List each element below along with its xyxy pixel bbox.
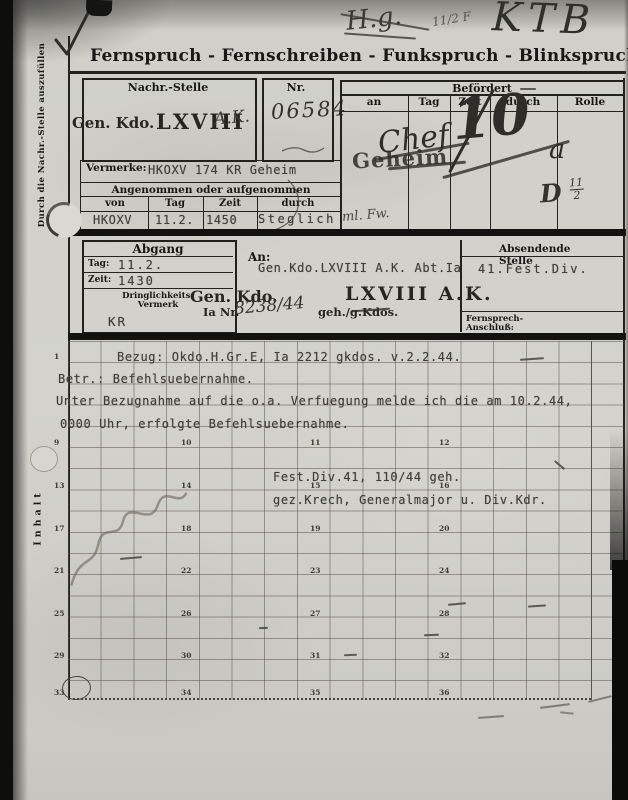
grid-number: 35 [310, 688, 320, 697]
absender-typed-value: 41.Fest.Div. [478, 262, 589, 276]
roll-mark-letter: D [539, 178, 563, 208]
typed-line: gez.Krech, Generalmajor u. Div.Kdr. [273, 493, 547, 507]
title-underline [68, 71, 626, 74]
ktb-note: KTB [491, 0, 597, 44]
nachr-stelle-handwritten-suffix: A.K. [213, 106, 250, 129]
typed-line: Unter Bezugnahme auf die o.a. Verfuegung… [56, 394, 572, 408]
befoerdert-col-an: an [367, 96, 381, 108]
grid-number: 10 [181, 438, 191, 447]
roll-mark: D 11 2 [539, 177, 585, 209]
typed-line: Betr.: Befehlsuebernahme. [58, 372, 254, 386]
vermerke-top-line [80, 160, 340, 161]
scan-artifact [86, 0, 113, 16]
grid-number: 34 [181, 688, 191, 697]
an-stamp-unit: LXVIII A.K. [345, 283, 493, 305]
grid-number: 24 [439, 566, 449, 575]
grid-number: 13 [54, 481, 64, 490]
abgang-urgency-label-2: Vermerk [138, 300, 178, 310]
roll-mark-denominator: 2 [570, 189, 585, 202]
heavy-rule-2 [68, 333, 626, 340]
typed-line: 0000 Uhr, erfolgte Befehlsuebernahme. [60, 417, 350, 431]
pencil-mark [478, 715, 504, 719]
vermerke-label: Vermerke: [86, 162, 147, 174]
pencil-mark [540, 703, 570, 709]
angenommen-col-zeit: Zeit [219, 198, 241, 209]
grid-number: 36 [439, 688, 449, 697]
grid-number: 30 [181, 651, 191, 660]
nachr-stelle-label: Nachr.-Stelle [128, 81, 208, 94]
scrawl-a: a [549, 134, 565, 165]
pencil-underline-topnote [344, 32, 416, 39]
angenommen-divider [203, 196, 204, 229]
befoerdert-col-tag: Tag [419, 96, 440, 108]
pencil-mark [560, 711, 574, 715]
abgang-zeit-value: 1430 [118, 274, 155, 288]
scanned-message-form: Fernspruch - Fernschreiben - Funkspruch … [0, 0, 628, 800]
scan-edge [0, 0, 13, 800]
grid-number: 25 [54, 609, 64, 618]
form-title: Fernspruch - Fernschreiben - Funkspruch … [90, 46, 590, 66]
angenommen-col-von: von [105, 198, 125, 209]
nachr-stelle-stamp-prefix: Gen. Kdo. [72, 114, 154, 132]
befoerdert-left-line [340, 80, 342, 229]
grid-number: 28 [439, 609, 449, 618]
nr-label: Nr. [287, 81, 306, 94]
grid-number: 9 [54, 438, 59, 447]
grid-number: 19 [310, 524, 320, 533]
absender-line [460, 256, 623, 257]
grid-number: 26 [181, 609, 191, 618]
grid-number: 12 [439, 438, 449, 447]
abgang-tag-value: 11.2. [118, 258, 164, 272]
heavy-rule-1 [68, 229, 626, 236]
angenommen-handwritten-note: ml. Fw. [341, 206, 390, 225]
absender-line [460, 311, 623, 312]
angenommen-col-tag: Tag [165, 198, 185, 209]
grid-number: 11 [310, 438, 320, 447]
margin-fill-note: Durch die Nachr.-Stelle auszufüllen [37, 29, 47, 241]
grid-bottom-dotted-line [68, 698, 591, 700]
angenommen-zeit-value: 1450 [206, 213, 237, 227]
scan-edge [612, 560, 628, 800]
grid-right-inner-line [591, 341, 592, 700]
hole-punch [30, 446, 58, 472]
angenommen-von-value: HKOXV [93, 213, 132, 227]
absender-phone-label-2: Anschluß: [466, 323, 514, 333]
grid-number: 1 [54, 352, 59, 361]
roll-mark-fraction: 11 2 [569, 177, 585, 203]
absender-left-line [460, 240, 462, 332]
typed-line: Bezug: Okdo.H.Gr.E, Ia 2212 gkdos. v.2.2… [117, 350, 461, 364]
angenommen-divider [148, 196, 149, 229]
angenommen-tag-value: 11.2. [155, 213, 194, 227]
scan-edge [13, 0, 28, 800]
abgang-title: Abgang [133, 242, 184, 256]
nr-handwritten-value: 06584 [270, 96, 348, 124]
abgang-zeit-label: Zeit: [88, 275, 111, 285]
grid-number: 23 [310, 566, 320, 575]
grid-number: 20 [439, 524, 449, 533]
grid-number: 31 [310, 651, 320, 660]
an-typed-address: Gen.Kdo.LXVIII A.K. Abt.Ia [258, 261, 461, 275]
inhalt-label: Inhalt [33, 470, 44, 566]
nr-squiggle [280, 144, 326, 156]
typed-line: Fest.Div.41, 110/44 geh. [273, 470, 461, 484]
vermerke-typed-value: HKOXV 174 KR Geheim [148, 163, 297, 177]
abgang-line [82, 272, 233, 273]
abgang-line [82, 256, 233, 257]
abgang-tag-label: Tag: [88, 259, 109, 269]
scan-edge [610, 430, 628, 570]
pencil-mark [520, 88, 536, 90]
grid-number: 29 [54, 651, 64, 660]
grid-number: 27 [310, 609, 320, 618]
grid-number: 32 [439, 651, 449, 660]
abgang-urgency-value: KR [108, 314, 127, 329]
befoerdert-col-rolle: Rolle [575, 96, 605, 108]
